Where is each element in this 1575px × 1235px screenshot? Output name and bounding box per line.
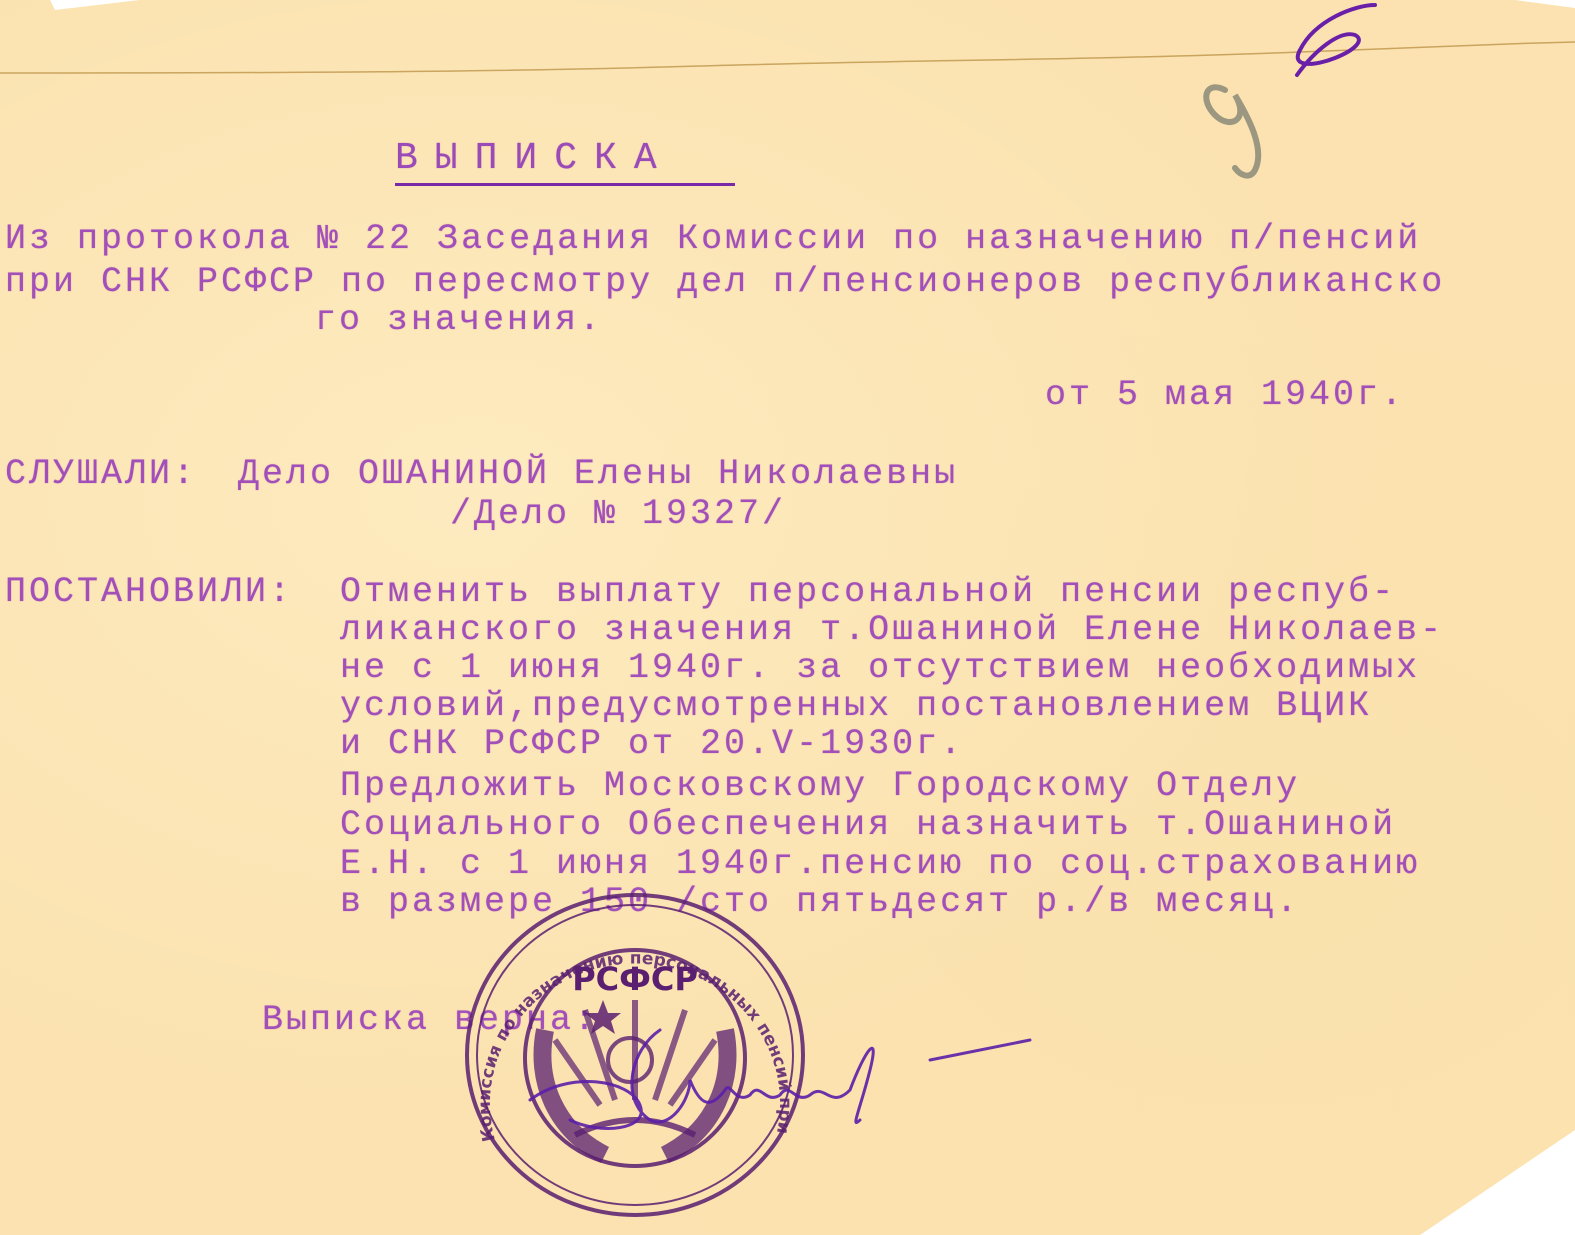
handwritten-signature (510, 1010, 1040, 1140)
header-line-2: при СНК РСФСР по пересмотру дел п/пенсио… (5, 265, 1445, 300)
document-title: ВЫПИСКА (395, 140, 674, 178)
svg-text:9: 9 (1195, 60, 1196, 61)
svg-text:6: 6 (1285, 0, 1286, 1)
title-underline (395, 183, 735, 186)
pencil-number-9: 9 (1195, 60, 1285, 190)
header-line-3: го значения. (315, 303, 603, 338)
case-number: /Дело № 19327/ (450, 497, 786, 532)
resolved-line: Е.Н. с 1 июня 1940г.пенсию по соц.страхо… (340, 847, 1420, 882)
resolved-line: не с 1 июня 1940г. за отсутствием необхо… (340, 651, 1420, 686)
resolved-line: Предложить Московскому Городскому Отделу (340, 769, 1300, 804)
heard-text: Дело ОШАНИНОЙ Елены Николаевны (238, 457, 958, 492)
resolved-line: условий,предусмотренных постановлением В… (340, 689, 1372, 724)
resolved-label: ПОСТАНОВИЛИ: (5, 575, 293, 610)
header-line-1: Из протокола № 22 Заседания Комиссии по … (5, 222, 1421, 257)
resolved-line: Социального Обеспечения назначить т.Ошан… (340, 808, 1396, 843)
heard-label: СЛУШАЛИ: (5, 457, 197, 492)
document-page: 6 9 ВЫПИСКА Из протокола № 22 Заседания … (0, 0, 1575, 1235)
resolved-line: и СНК РСФСР от 20.V-1930г. (340, 727, 964, 762)
resolved-line: ликанского значения т.Ошаниной Елене Ник… (340, 613, 1444, 648)
handwritten-number-6: 6 (1285, 0, 1385, 80)
document-date: от 5 мая 1940г. (1045, 378, 1405, 413)
resolved-line: Отменить выплату персональной пенсии рес… (340, 575, 1396, 610)
